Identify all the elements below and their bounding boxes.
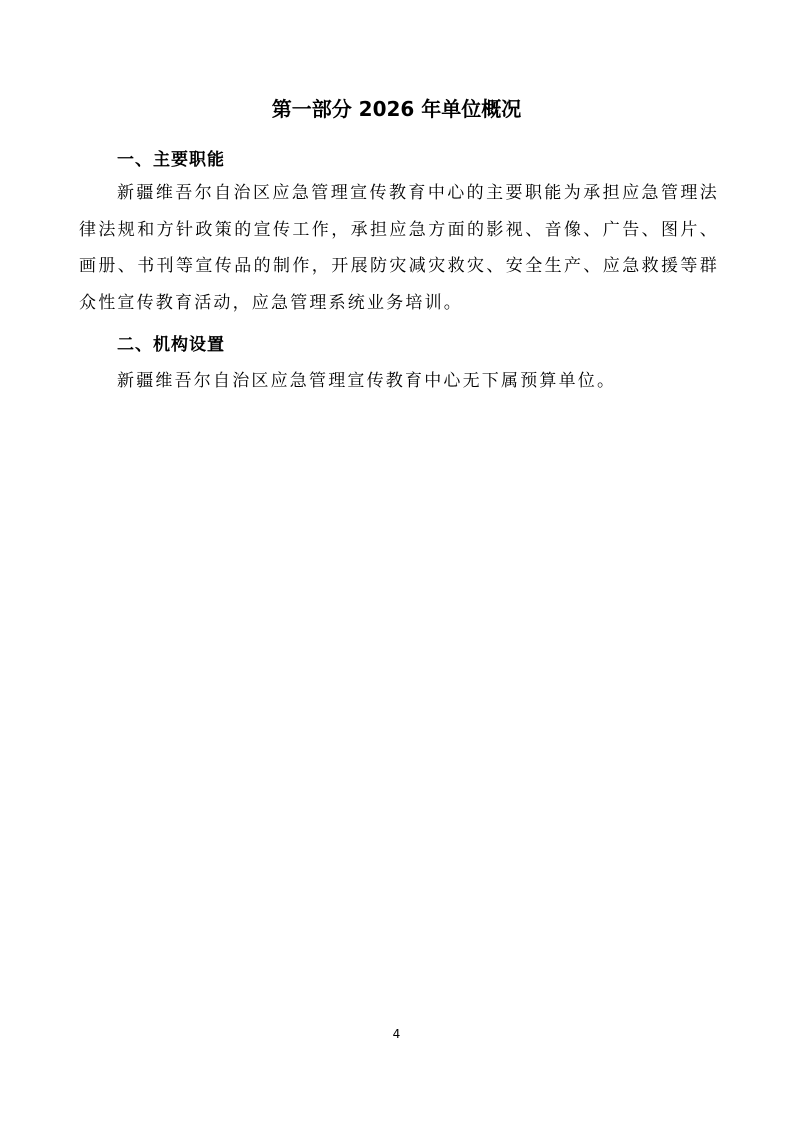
section-heading-organization: 二、机构设置 (117, 333, 225, 357)
page-title: 第一部分 2026 年单位概况 (0, 94, 793, 124)
paragraph-organization: 新疆维吾尔自治区应急管理宣传教育中心无下属预算单位。 (79, 363, 719, 400)
paragraph-main-functions: 新疆维吾尔自治区应急管理宣传教育中心的主要职能为承担应急管理法律法规和方针政策的… (79, 175, 719, 321)
page-number: 4 (0, 1026, 793, 1042)
section-heading-main-functions: 一、主要职能 (117, 148, 225, 172)
